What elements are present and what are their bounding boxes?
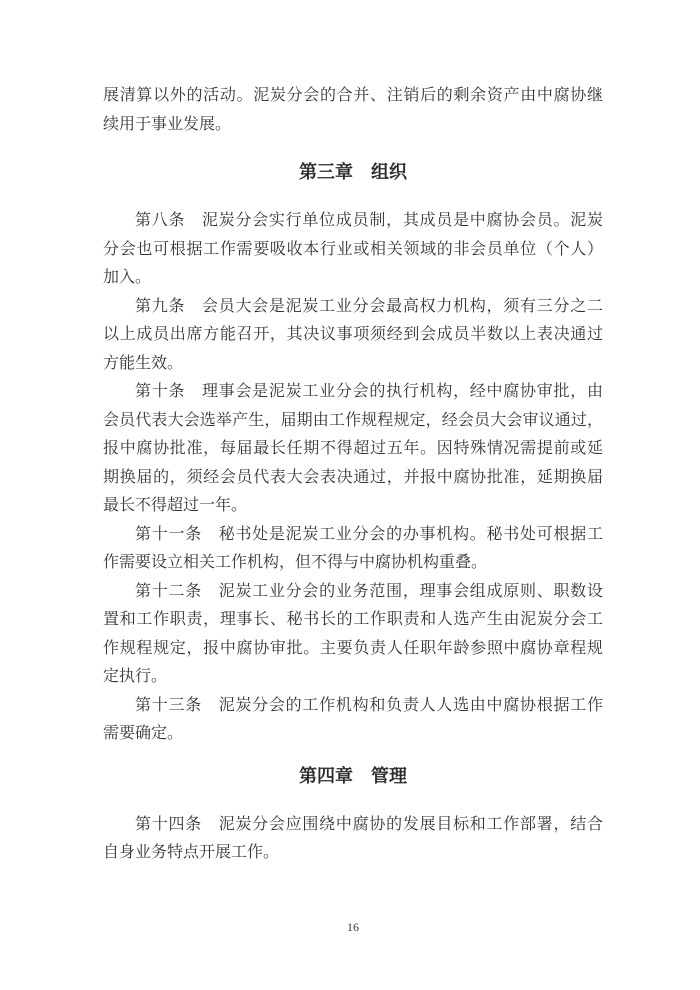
text-line: 第十三条 泥炭分会的工作机构和负责人人选由中腐协根据工作 bbox=[103, 692, 603, 721]
paragraph: 第十四条 泥炭分会应围绕中腐协的发展目标和工作部署，结合 自身业务特点开展工作。 bbox=[103, 811, 603, 868]
paragraph: 第十条 理事会是泥炭工业分会的执行机构，经中腐协审批，由 会员代表大会选举产生，… bbox=[103, 378, 603, 521]
paragraph: 第九条 会员大会是泥炭工业分会最高权力机构，须有三分之二 以上成员出席方能召开，… bbox=[103, 293, 603, 379]
text-line: 会员代表大会选举产生，届期由工作规程规定，经会员大会审议通过， bbox=[103, 407, 603, 436]
paragraph: 第八条 泥炭分会实行单位成员制，其成员是中腐协会员。泥炭 分会也可根据工作需要吸… bbox=[103, 207, 603, 293]
text-line: 最长不得超过一年。 bbox=[103, 492, 603, 521]
text-line: 展清算以外的活动。泥炭分会的合并、注销后的剩余资产由中腐协继 bbox=[103, 82, 603, 111]
text-line: 加入。 bbox=[103, 264, 603, 293]
chapter-heading: 第四章 管理 bbox=[103, 762, 603, 790]
text-line: 第八条 泥炭分会实行单位成员制，其成员是中腐协会员。泥炭 bbox=[103, 207, 603, 236]
text-line: 第十条 理事会是泥炭工业分会的执行机构，经中腐协审批，由 bbox=[103, 378, 603, 407]
document-page: 展清算以外的活动。泥炭分会的合并、注销后的剩余资产由中腐协继 续用于事业发展。 … bbox=[0, 0, 700, 990]
text-line: 自身业务特点开展工作。 bbox=[103, 839, 603, 868]
text-line: 续用于事业发展。 bbox=[103, 111, 603, 140]
paragraph: 第十二条 泥炭工业分会的业务范围，理事会组成原则、职数设 置和工作职责，理事长、… bbox=[103, 578, 603, 692]
paragraph: 展清算以外的活动。泥炭分会的合并、注销后的剩余资产由中腐协继 续用于事业发展。 bbox=[103, 82, 603, 139]
text-line: 作规程规定，报中腐协审批。主要负责人任职年龄参照中腐协章程规 bbox=[103, 635, 603, 664]
text-line: 以上成员出席方能召开，其决议事项须经到会成员半数以上表决通过 bbox=[103, 321, 603, 350]
paragraph: 第十一条 秘书处是泥炭工业分会的办事机构。秘书处可根据工 作需要设立相关工作机构… bbox=[103, 521, 603, 578]
text-line: 方能生效。 bbox=[103, 350, 603, 379]
text-line: 作需要设立相关工作机构，但不得与中腐协机构重叠。 bbox=[103, 549, 603, 578]
text-line: 第十四条 泥炭分会应围绕中腐协的发展目标和工作部署，结合 bbox=[103, 811, 603, 840]
chapter-heading: 第三章 组织 bbox=[103, 158, 603, 186]
text-line: 报中腐协批准，每届最长任期不得超过五年。因特殊情况需提前或延 bbox=[103, 435, 603, 464]
text-line: 第十二条 泥炭工业分会的业务范围，理事会组成原则、职数设 bbox=[103, 578, 603, 607]
paragraph: 第十三条 泥炭分会的工作机构和负责人人选由中腐协根据工作 需要确定。 bbox=[103, 692, 603, 749]
text-line: 分会也可根据工作需要吸收本行业或相关领域的非会员单位（个人） bbox=[103, 236, 603, 265]
text-line: 定执行。 bbox=[103, 663, 603, 692]
text-line: 第九条 会员大会是泥炭工业分会最高权力机构，须有三分之二 bbox=[103, 293, 603, 322]
text-line: 需要确定。 bbox=[103, 720, 603, 749]
text-line: 期换届的，须经会员代表大会表决通过，并报中腐协批准，延期换届 bbox=[103, 464, 603, 493]
text-line: 第十一条 秘书处是泥炭工业分会的办事机构。秘书处可根据工 bbox=[103, 521, 603, 550]
page-number: 16 bbox=[103, 920, 603, 934]
text-line: 置和工作职责，理事长、秘书长的工作职责和人选产生由泥炭分会工 bbox=[103, 606, 603, 635]
